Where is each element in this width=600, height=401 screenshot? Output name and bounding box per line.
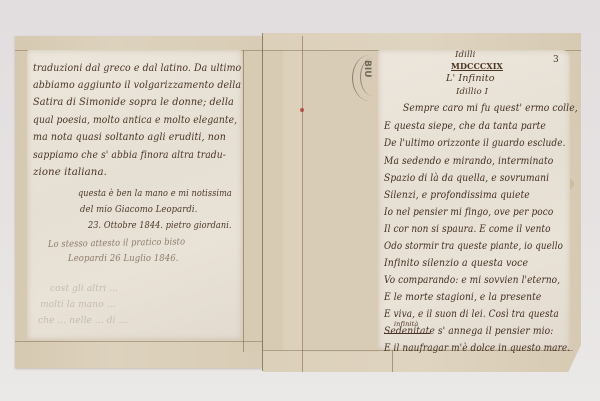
prose-line: qual poesia, molto antica e molto elegan… xyxy=(33,115,237,126)
verse-line: E viva, e il suon di lei. Così tra quest… xyxy=(384,308,559,320)
library-stamp-text: BIU xyxy=(362,60,372,78)
prose-line: ma nota quasi soltanto agli eruditi, non xyxy=(33,132,226,143)
verse-line: Odo stormir tra queste piante, io quello xyxy=(384,240,563,252)
verse-line: E le morte stagioni, e la presente xyxy=(384,291,541,303)
strike-through-mark xyxy=(384,333,430,334)
poem-title: L' Infinito xyxy=(446,73,495,84)
page-number: 3 xyxy=(553,55,559,65)
attestation-line: questa è ben la mano e mi notissima xyxy=(78,188,232,199)
attestation-line: del mio Giacomo Leopardi. xyxy=(80,204,197,215)
verse-line: Il cor non si spaura. E come il vento xyxy=(384,223,551,235)
verse-line: Vo comparando: e mi sovvien l'eterno, xyxy=(384,274,560,286)
verse-line: Silenzi, e profondissima quiete xyxy=(384,189,530,201)
bleedthrough-text: cost gli altri ... xyxy=(50,284,118,294)
verse-line: Infinito silenzio a questa voce xyxy=(384,257,528,269)
bleedthrough-text: che ... nelle ... di ... xyxy=(38,316,127,326)
verse-line: E il naufragar m'è dolce in questo mare. xyxy=(384,342,570,354)
attestation-signature: 23. Ottobre 1844. pietro giordani. xyxy=(88,220,232,231)
verse-line: Sempre caro mi fu quest' ermo colle, xyxy=(403,102,578,114)
verse-line: Io nel pensier mi fingo, ove per poco xyxy=(384,206,553,218)
verse-line: Sedenitate s' annega il pensier mio: xyxy=(384,325,553,337)
center-fold xyxy=(262,33,263,371)
poem-subtitle: Idillio I xyxy=(456,87,488,97)
fold-line xyxy=(302,36,303,372)
left-flap xyxy=(243,50,283,350)
second-note-line: Leopardi 26 Luglio 1846. xyxy=(68,253,179,264)
verse-line: E questa siepe, che da tanta parte xyxy=(384,120,546,132)
stain xyxy=(300,108,304,112)
prose-line: abbiamo aggiunto il volgarizzamento dell… xyxy=(33,80,241,91)
prose-line: Satira di Simonide sopra le donne; della xyxy=(33,97,234,108)
verse-line: Ma sedendo e mirando, interminato xyxy=(384,155,553,167)
prose-line: traduzioni dal greco e dal latino. Da ul… xyxy=(33,63,241,74)
fold-line xyxy=(243,50,244,352)
prose-line: sappiamo che s' abbia finora altra tradu… xyxy=(33,150,226,161)
prose-line: zione italiana. xyxy=(33,167,107,178)
bleedthrough-text: molti la mano ... xyxy=(40,300,116,310)
section-heading: Idilli xyxy=(455,50,476,60)
year-heading: MDCCCXIX xyxy=(451,61,503,71)
fold-line xyxy=(15,341,263,342)
verse-line: Spazio di là da quella, e sovrumani xyxy=(384,172,549,184)
verse-line: De l'ultimo orizzonte il guardo esclude. xyxy=(384,137,566,149)
